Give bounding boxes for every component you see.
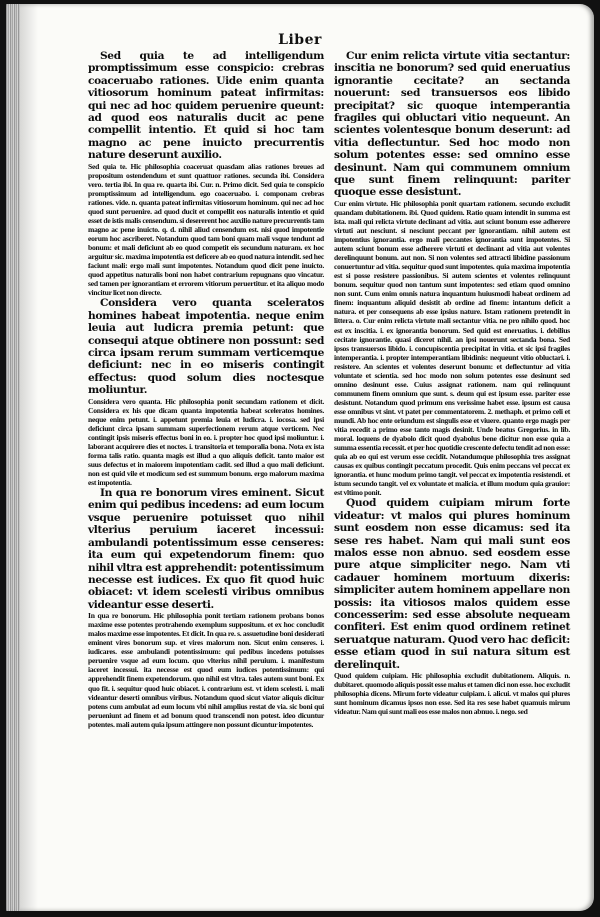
- commentary-paragraph: Quod quidem cuipiam. Hic philosophia exc…: [334, 671, 570, 716]
- main-text-paragraph: Quod quidem cuipiam mirum forte videatur…: [334, 497, 570, 671]
- running-head: Liber: [6, 32, 594, 48]
- commentary-paragraph: Sed quia te. Hic philosophia coaceruat q…: [88, 162, 324, 298]
- right-column: Cur enim relicta virtute vitia sectantur…: [334, 50, 570, 716]
- commentary-paragraph: Considera vero quanta. Hic philosophia p…: [88, 397, 324, 487]
- main-text-paragraph: Sed quia te ad intelligendum promptissim…: [88, 50, 324, 162]
- commentary-paragraph: In qua re bonorum. Hic philosophia ponit…: [88, 611, 324, 729]
- left-column: Sed quia te ad intelligendum promptissim…: [88, 50, 324, 729]
- main-text-paragraph: Cur enim relicta virtute vitia sectantur…: [334, 50, 570, 199]
- main-text-paragraph: Considera vero quanta sceleratos homines…: [88, 297, 324, 396]
- page-gutter-edge: [6, 4, 20, 911]
- gutter-shadow: [20, 4, 38, 911]
- commentary-paragraph: Cur enim virtute. Hic philosophia ponit …: [334, 199, 570, 498]
- main-text-paragraph: In qua re bonorum vires eminent. Sicut e…: [88, 487, 324, 611]
- book-page: Liber Sed quia te ad intelligendum promp…: [6, 4, 594, 911]
